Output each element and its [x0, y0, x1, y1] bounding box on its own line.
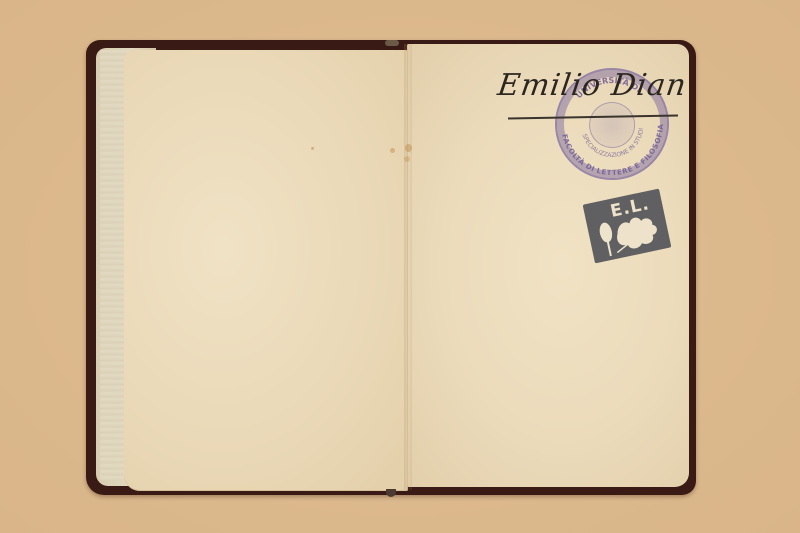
- left-page: [124, 50, 408, 491]
- book-gutter: [404, 44, 412, 490]
- signature-underline: [508, 115, 678, 120]
- signature-text: Emilio Dian: [496, 68, 690, 103]
- binding-thread-bottom: [386, 489, 396, 497]
- photo-background: UNIVERSITÀ DI SPECIALIZZAZIONE IN STUDI …: [0, 0, 800, 533]
- foxing-spot: [390, 148, 395, 153]
- handwritten-signature: Emilio Dian: [498, 58, 683, 130]
- svg-text:SPECIALIZZAZIONE IN STUDI: SPECIALIZZAZIONE IN STUDI: [580, 127, 648, 162]
- binding-thread-top: [385, 40, 399, 46]
- foxing-spot: [312, 147, 314, 149]
